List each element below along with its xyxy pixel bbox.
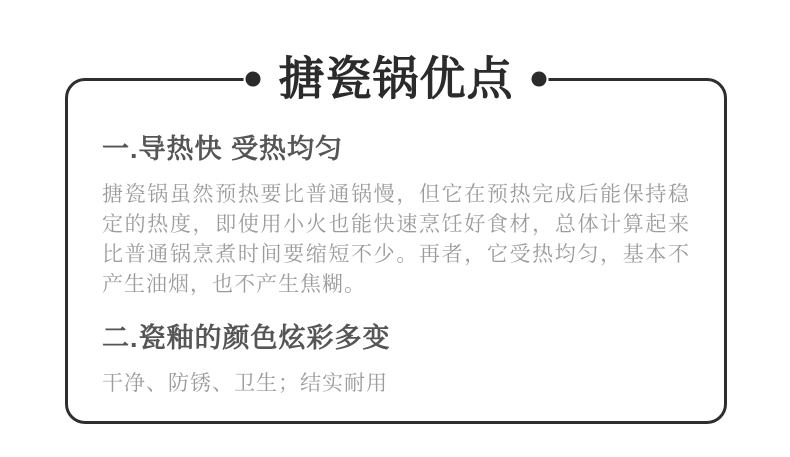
section-2-body: 干净、防锈、卫生；结实耐用 — [102, 369, 690, 399]
page-title-wrap: 搪瓷锅优点 — [244, 53, 549, 106]
section-1-heading: 一.导热快 受热均匀 — [102, 133, 690, 165]
content-area: 一.导热快 受热均匀 搪瓷锅虽然预热要比普通锅慢，但它在预热完成后能保持稳定的热… — [68, 81, 724, 399]
left-dot-icon — [246, 71, 261, 86]
right-dot-icon — [532, 71, 547, 86]
section-2-heading: 二.瓷釉的颜色炫彩多变 — [102, 322, 690, 354]
section-1-body: 搪瓷锅虽然预热要比普通锅慢，但它在预热完成后能保持稳定的热度，即使用小火也能快速… — [102, 180, 690, 300]
infographic-card: 一.导热快 受热均匀 搪瓷锅虽然预热要比普通锅慢，但它在预热完成后能保持稳定的热… — [0, 0, 790, 457]
content-frame: 一.导热快 受热均匀 搪瓷锅虽然预热要比普通锅慢，但它在预热完成后能保持稳定的热… — [65, 78, 727, 424]
page-title: 搪瓷锅优点 — [279, 53, 514, 106]
